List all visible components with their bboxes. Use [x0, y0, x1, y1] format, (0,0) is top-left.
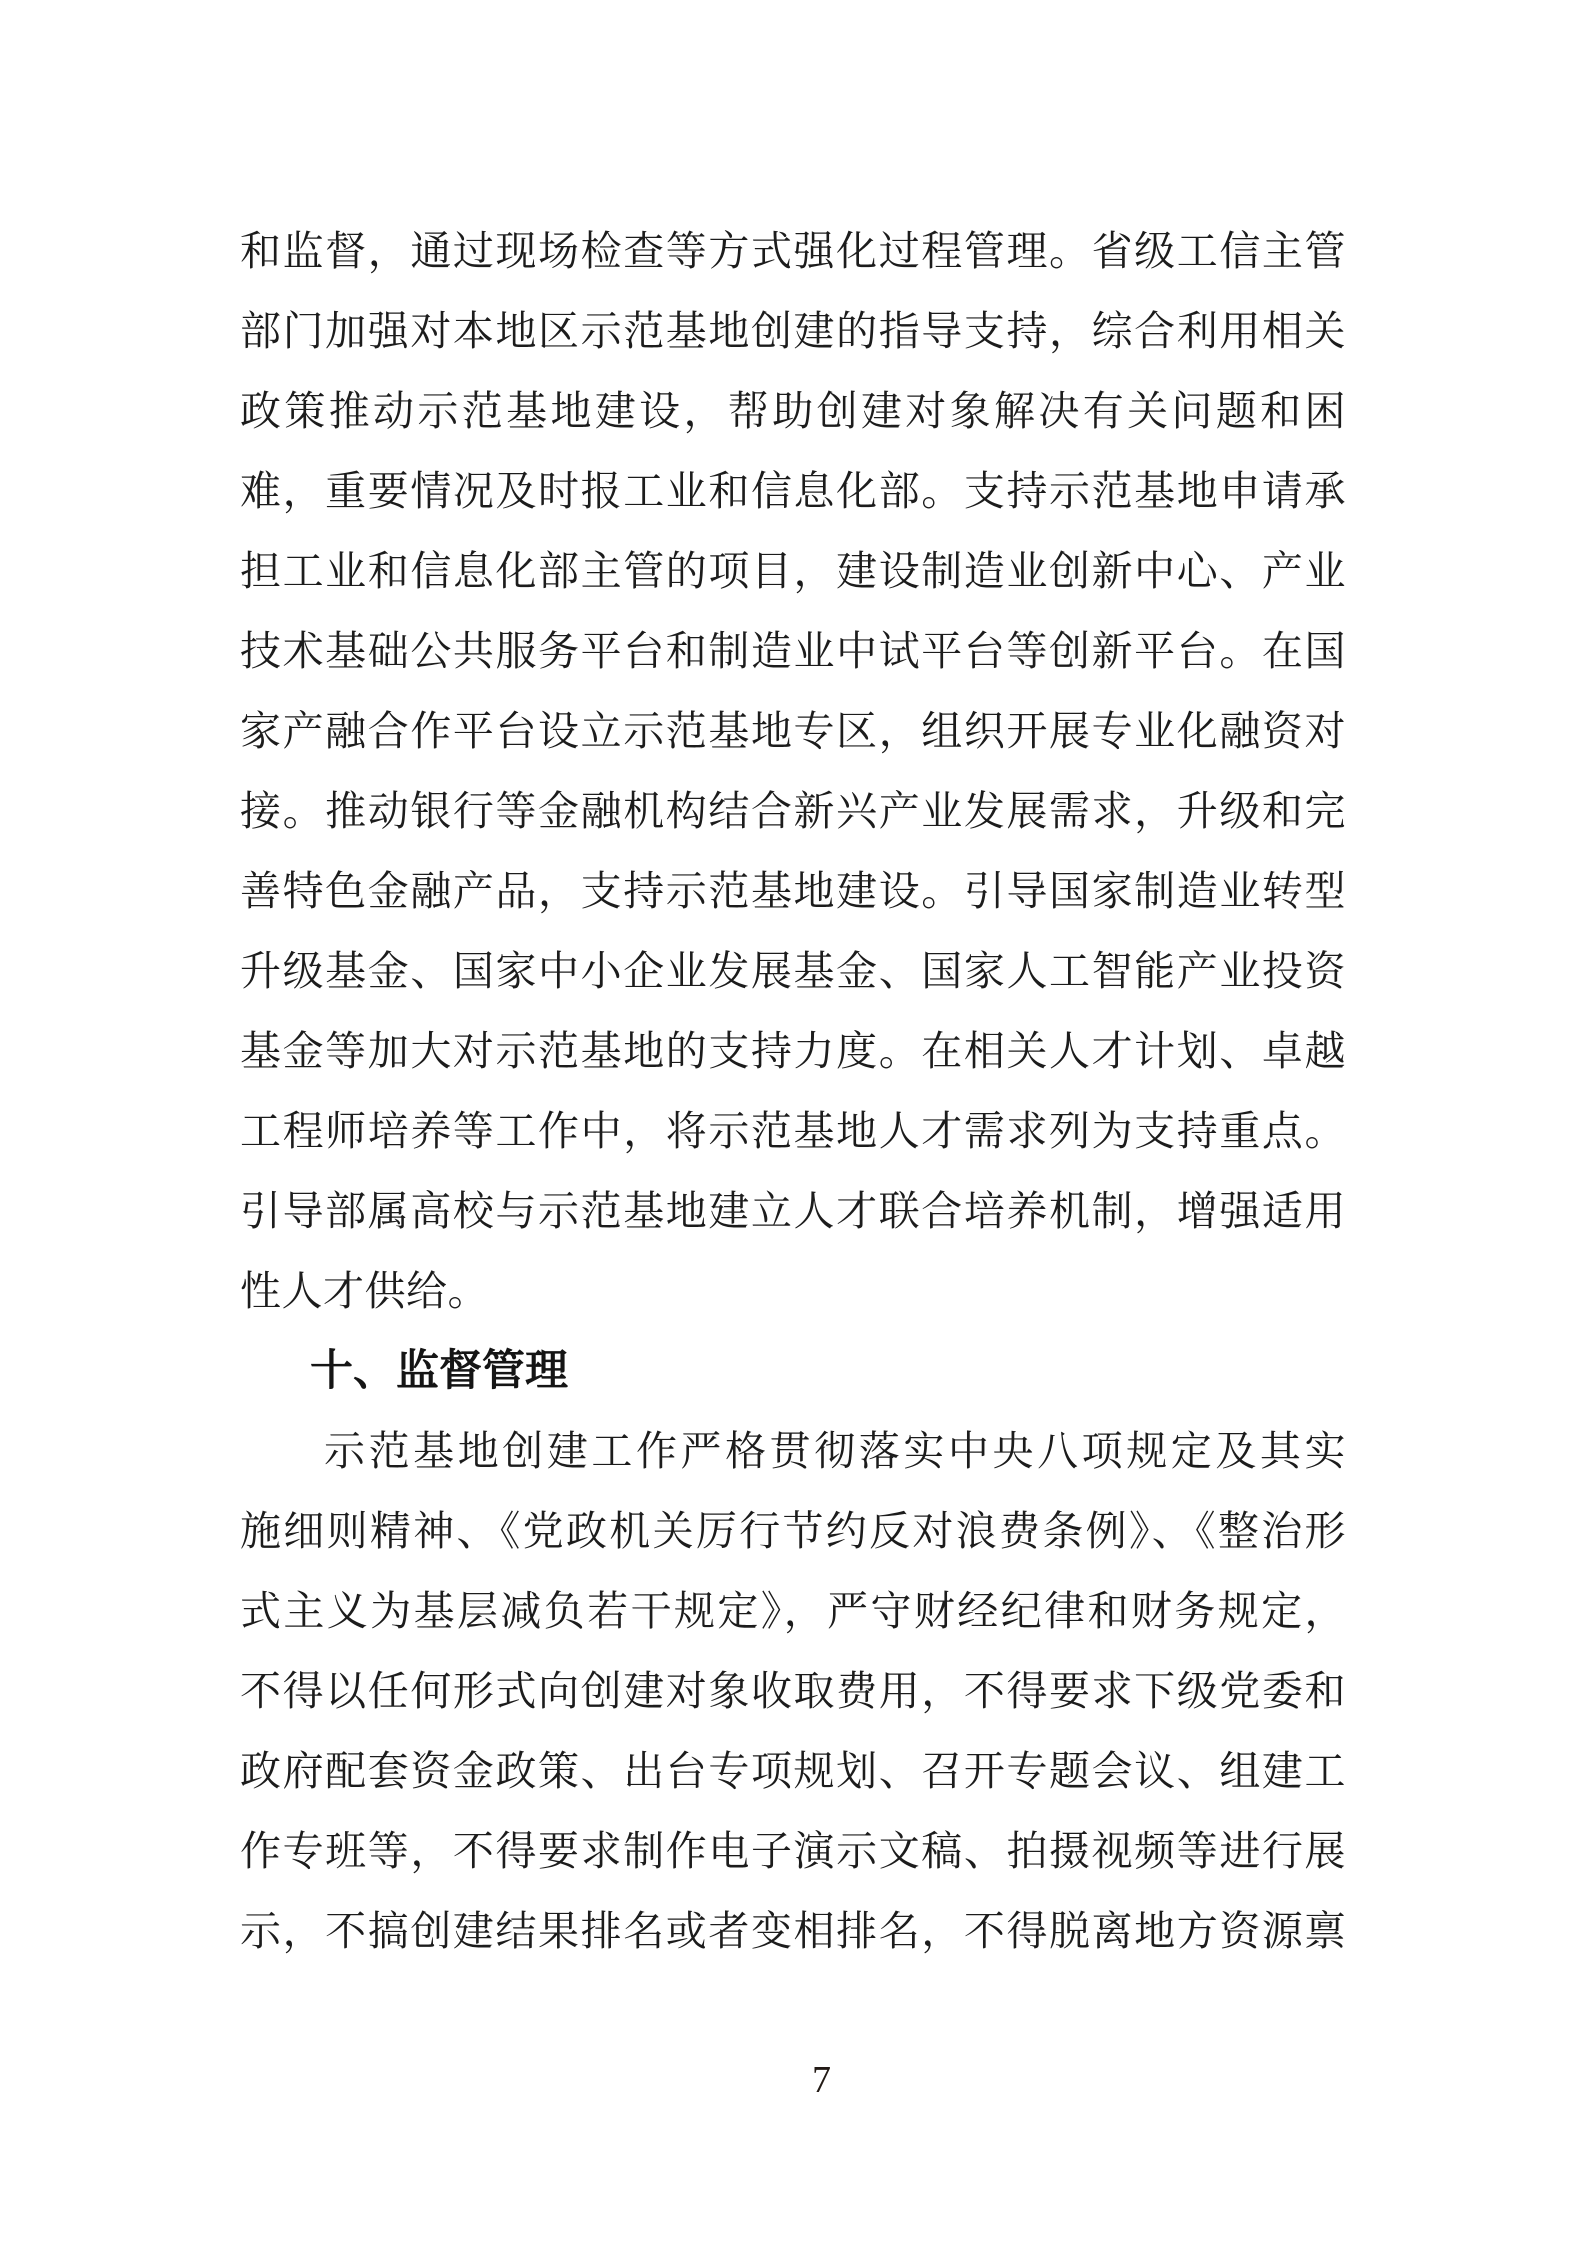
page-number: 7 [812, 2059, 831, 2101]
paragraph-1-line: 部门加强对本地区示范基地创建的指导支持，综合利用相关 [240, 291, 1346, 371]
paragraph-1-line: 技术基础公共服务平台和制造业中试平台等创新平台。在国 [240, 611, 1346, 691]
paragraph-2-line: 施细则精神、《党政机关厉行节约反对浪费条例》、《整治形 [240, 1491, 1346, 1571]
paragraph-2: 示范基地创建工作严格贯彻落实中央八项规定及其实 施细则精神、《党政机关厉行节约反… [240, 1411, 1346, 1971]
document-page: 和监督，通过现场检查等方式强化过程管理。省级工信主管 部门加强对本地区示范基地创… [0, 0, 1587, 2245]
paragraph-1-line: 担工业和信息化部主管的项目，建设制造业创新中心、产业 [240, 531, 1346, 611]
paragraph-1-line: 基金等加大对示范基地的支持力度。在相关人才计划、卓越 [240, 1011, 1346, 1091]
paragraph-1-line: 政策推动示范基地建设，帮助创建对象解决有关问题和困 [240, 371, 1346, 451]
paragraph-1-line: 引导部属高校与示范基地建立人才联合培养机制，增强适用 [240, 1171, 1346, 1251]
paragraph-2-line: 作专班等，不得要求制作电子演示文稿、拍摄视频等进行展 [240, 1811, 1346, 1891]
page-footer: 7 [28, 2058, 1587, 2102]
paragraph-1-line: 善特色金融产品，支持示范基地建设。引导国家制造业转型 [240, 851, 1346, 931]
paragraph-1-last-line: 性人才供给。 [240, 1251, 1346, 1331]
paragraph-1-line: 接。推动银行等金融机构结合新兴产业发展需求，升级和完 [240, 771, 1346, 851]
page-body-text: 和监督，通过现场检查等方式强化过程管理。省级工信主管 部门加强对本地区示范基地创… [240, 211, 1346, 1971]
paragraph-2-first-line: 示范基地创建工作严格贯彻落实中央八项规定及其实 [240, 1411, 1346, 1491]
paragraph-2-line: 式主义为基层减负若干规定》，严守财经纪律和财务规定， [240, 1571, 1346, 1651]
paragraph-1: 和监督，通过现场检查等方式强化过程管理。省级工信主管 部门加强对本地区示范基地创… [240, 211, 1346, 1331]
paragraph-2-line: 示，不搞创建结果排名或者变相排名，不得脱离地方资源禀 [240, 1891, 1346, 1971]
section-heading: 十、监督管理 [240, 1331, 1346, 1411]
paragraph-1-line: 和监督，通过现场检查等方式强化过程管理。省级工信主管 [240, 211, 1346, 291]
paragraph-2-line: 政府配套资金政策、出台专项规划、召开专题会议、组建工 [240, 1731, 1346, 1811]
paragraph-1-line: 升级基金、国家中小企业发展基金、国家人工智能产业投资 [240, 931, 1346, 1011]
paragraph-1-line: 家产融合作平台设立示范基地专区，组织开展专业化融资对 [240, 691, 1346, 771]
paragraph-1-line: 难，重要情况及时报工业和信息化部。支持示范基地申请承 [240, 451, 1346, 531]
paragraph-2-line: 不得以任何形式向创建对象收取费用，不得要求下级党委和 [240, 1651, 1346, 1731]
paragraph-1-line: 工程师培养等工作中，将示范基地人才需求列为支持重点。 [240, 1091, 1346, 1171]
